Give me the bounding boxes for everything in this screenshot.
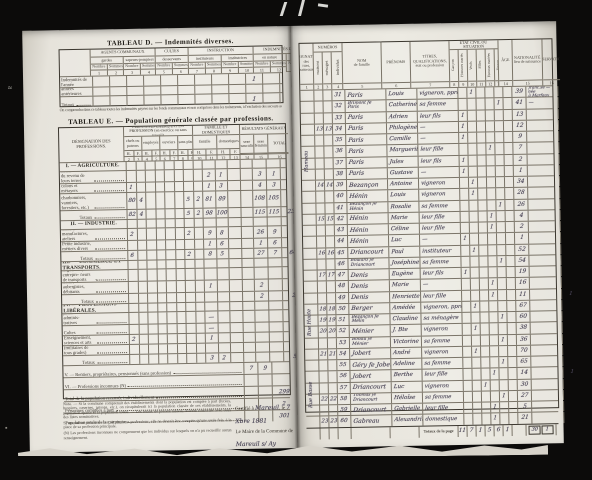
- cell-nationalite: [529, 311, 561, 322]
- dotted-leader: [97, 361, 127, 364]
- handwritten-text: Denis: [351, 282, 369, 289]
- cell-profession: leur fille: [422, 403, 463, 414]
- tableE-cell: [138, 313, 148, 324]
- tableE-cell: [175, 250, 185, 259]
- col-number: 9: [222, 67, 238, 73]
- cell-tick-vv: [506, 289, 515, 299]
- handwritten-value: 1: [209, 283, 213, 289]
- tableE-cell: 1: [202, 181, 215, 190]
- handwritten-text: 60: [519, 314, 527, 320]
- totals-tick-vv: 1: [502, 425, 511, 436]
- tableD-cell: [109, 96, 126, 106]
- tableE-cell: [240, 191, 253, 207]
- tableD-sub-cols: Nombre3Sommes4: [124, 63, 155, 75]
- tableE-sub-label: sexe masculin: [240, 135, 253, 154]
- handwritten-text: 16: [518, 280, 526, 286]
- handwritten-text: 39: [515, 89, 523, 95]
- cell-maison: [315, 203, 324, 213]
- cell-tick-f: [488, 267, 497, 277]
- cell-tick-vv: [505, 211, 514, 221]
- tableE-cell: [192, 161, 202, 169]
- handwritten-text: 7: [518, 145, 522, 151]
- cell-individu: 50: [335, 304, 348, 314]
- handwritten-text: 2: [519, 224, 523, 230]
- tableE-cell: [195, 293, 205, 302]
- handwritten-text: 2: [518, 156, 522, 162]
- totals-tick-fm: 6: [493, 425, 502, 436]
- tableE-col-head: F.5: [151, 150, 160, 160]
- cell-nom: Driancourt: [350, 382, 391, 393]
- tableE-cell: [194, 281, 204, 292]
- cell-maison: [313, 90, 322, 100]
- handwritten-value: 9: [272, 229, 276, 235]
- cell-menage: [323, 135, 332, 145]
- cell-prenom: Antoine: [387, 179, 418, 190]
- cell-tick-hm: [469, 223, 478, 233]
- cell-observation: [558, 120, 576, 131]
- tableD-sub: desservantsNombre5Sommes6: [156, 56, 188, 75]
- cell-nom: Géry fe Jobert: [349, 359, 390, 370]
- cell-nationalite: [528, 255, 560, 266]
- handwritten-text: Driancourt: [352, 383, 386, 391]
- handwritten-value: 1: [271, 171, 275, 177]
- tableE-cell: [244, 387, 258, 398]
- row-label-text: Indemnités de l'année: [61, 77, 88, 88]
- cell-nationalite: franc.se — néeà Marfaux: [525, 86, 557, 97]
- tableE-cell: [268, 301, 282, 309]
- tableE-cell: [176, 324, 186, 333]
- tableD-cell: [160, 95, 177, 105]
- cell-age: 7: [512, 143, 526, 154]
- handwritten-text: 57: [340, 385, 348, 391]
- cell-tick-vf: [480, 324, 489, 334]
- handwritten-text: 4: [519, 213, 523, 219]
- handwritten-value: 26: [257, 229, 265, 235]
- cell-age: 1: [513, 165, 527, 176]
- tableE-row-label: Totaux: [60, 210, 126, 220]
- tableD-group: CULTESdesservantsNombre5Sommes6: [155, 48, 188, 75]
- cell-age: 30: [517, 379, 531, 390]
- handwritten-text: Luc: [391, 237, 402, 243]
- label-text: Totaux: [62, 215, 93, 221]
- tableD-cell: [228, 74, 245, 84]
- cell-tick-vf: [479, 279, 488, 289]
- cell-profession: vigneron, ppre: [420, 302, 461, 313]
- tableE-cell: [155, 192, 165, 208]
- cell-age: 26: [513, 199, 527, 210]
- cell-street: [301, 102, 314, 112]
- cell-tick-fm: 1: [493, 98, 502, 108]
- handwritten-text: Adeline: [393, 361, 415, 367]
- tableE-cell: [230, 343, 243, 352]
- cell-profession: vigneron: [421, 347, 462, 358]
- handwritten-text: Hénin: [350, 226, 369, 233]
- col-nom: NOMde famille5: [341, 42, 381, 89]
- handwritten-text: 30: [520, 381, 528, 387]
- tableE-cell: [202, 160, 215, 168]
- cell-menage: [323, 147, 332, 157]
- tableE-cell: [157, 293, 167, 302]
- tableE-cell: 3: [205, 353, 218, 362]
- handwritten-text: 36: [519, 336, 527, 342]
- tableE-cell: [242, 311, 255, 322]
- cell-nationalite: —: [525, 97, 557, 108]
- cell-age: 19: [515, 267, 529, 278]
- tableE-cell: [183, 161, 193, 169]
- handwritten-text: —: [423, 282, 429, 288]
- tableD-cell: [109, 76, 126, 86]
- cell-nom: Jobert: [349, 370, 390, 381]
- tableE-cell: [165, 219, 175, 227]
- cell-tick-hm: [467, 110, 476, 120]
- tableE-col-head: 14: [240, 154, 253, 159]
- tableE-col-head: H.6: [160, 150, 169, 160]
- col-prenoms-text: PRÉNOMS: [381, 42, 410, 83]
- tableE-sub-bottom: 16: [268, 153, 288, 158]
- handwritten-text: 1: [498, 202, 502, 208]
- tableD-subs: gardesNombre1Sommes2sapeurs-pompiersNomb…: [91, 57, 155, 76]
- head-line: lieu de naissance: [514, 59, 541, 64]
- cell-tick-fm: [498, 346, 507, 356]
- handwritten-value: 89: [218, 196, 226, 202]
- cell-tick-vv: [506, 312, 515, 322]
- handwritten-value: 3: [257, 171, 261, 177]
- tableE-sub: employésH.4F.5: [141, 136, 159, 160]
- col-numeros-group: NUMÉROSmaisons2ménages3individus4: [312, 43, 342, 90]
- tableE-cell: [203, 259, 216, 267]
- tableE-cell: [217, 311, 230, 322]
- tableE-section-label: II. — INDUSTRIE.: [61, 220, 127, 229]
- tableE-cell: [186, 324, 196, 333]
- cell-tick-vv: [506, 301, 515, 311]
- tableE-cell: 115: [266, 207, 280, 216]
- handwritten-text: 1: [462, 157, 466, 163]
- cell-tick-hm: 1: [471, 324, 480, 334]
- tableE-row-label: Professions judiciaires et adminis- trat…: [62, 313, 128, 325]
- cell-individu: 41: [333, 203, 346, 213]
- handwritten-text: Philogène: [389, 125, 417, 132]
- cell-tick-vv: [503, 109, 512, 119]
- tableE-cell: [227, 169, 240, 180]
- tableE-cell: [229, 280, 242, 291]
- handwritten-value: 2: [130, 231, 134, 237]
- handwritten-value: 9: [263, 365, 267, 371]
- col-number: 10: [193, 155, 205, 160]
- handwritten-text: Céline: [391, 226, 410, 232]
- cell-prenom: Céline: [388, 224, 419, 235]
- cell-age: 16: [515, 278, 529, 289]
- tableE-cell: [254, 301, 268, 309]
- handwritten-text: 1: [471, 180, 475, 186]
- cell-nationalite: [526, 142, 558, 153]
- tableD-col-head: Nombre1: [91, 64, 107, 75]
- handwritten-value: 80: [128, 198, 136, 204]
- tableE-cell: [229, 302, 242, 310]
- handwritten-text: Berthe: [393, 372, 413, 378]
- cell-tick-vf: [478, 222, 487, 232]
- tableD-col-head: Sommes4: [140, 63, 155, 74]
- cell-tick-hm: 1: [468, 189, 477, 199]
- tableE-cell: [217, 343, 230, 352]
- cell-tick-g: [462, 347, 471, 357]
- handwritten-value: 2: [259, 282, 263, 288]
- handwritten-text: 21: [319, 351, 326, 357]
- tableE-col-head: 16: [268, 153, 288, 158]
- tableE-cell: [195, 344, 205, 353]
- tableE-sub-bottom: 15: [254, 153, 267, 158]
- handwritten-text: 52: [339, 328, 347, 334]
- cell-maison: 16: [316, 248, 325, 258]
- totals-boxes: 301: [525, 424, 555, 436]
- cell-age: 13: [512, 109, 526, 120]
- tableE-cell: [156, 250, 166, 259]
- handwritten-text: 1: [474, 326, 478, 332]
- tableE-cell: [126, 162, 136, 170]
- cell-tick-hm: [467, 121, 476, 131]
- cell-profession: leur fils: [417, 110, 458, 121]
- tableE-cell: [127, 261, 137, 269]
- cell-tick-g: [462, 324, 471, 334]
- handwritten-text: 31: [335, 92, 343, 98]
- tableE-cell: 4: [136, 210, 146, 219]
- cell-maison: [319, 405, 328, 415]
- tableE-cell: [147, 282, 157, 293]
- handwritten-total: 1: [478, 428, 482, 434]
- tableE-row-label: Marchands en détail, aubergistes, débita…: [62, 282, 128, 294]
- cell-nom: Paris: [345, 123, 386, 134]
- handwritten-value: 1: [209, 335, 213, 341]
- cell-tick-vv: [502, 87, 511, 97]
- handwritten-text: Denis: [351, 294, 369, 301]
- cell-tick-vf: [476, 121, 485, 131]
- handwritten-text: Paris: [348, 136, 364, 143]
- head-line: hameaux: [299, 68, 313, 73]
- tableE-cell: [204, 268, 217, 279]
- cell-prenom: Jules: [387, 156, 418, 167]
- tableE-row-label: Fermiers, colons et métayers: [60, 183, 126, 193]
- label-lines: Fermiers, colons et métayers: [61, 183, 92, 193]
- cell-tick-vf: [477, 177, 486, 187]
- cell-age: 27: [517, 390, 531, 401]
- label-lines: Petite industrie, métiers divers: [62, 241, 93, 251]
- tableE-cell: [174, 192, 184, 208]
- handwritten-text: 1: [491, 281, 495, 287]
- dotted-leader: [94, 189, 125, 192]
- handwritten-total: 6: [496, 427, 500, 433]
- totals-tick-vf: 1: [475, 425, 484, 436]
- tableE-cell: [192, 170, 202, 181]
- cell-tick-vf: [477, 200, 486, 210]
- handwritten-value: 4: [139, 198, 143, 204]
- totals-tick-g: 11: [457, 425, 466, 436]
- label-lines: Professions judiciaires et adminis- trat…: [63, 313, 94, 325]
- cell-nom: Driancourt: [350, 404, 391, 415]
- cell-observation: [560, 221, 578, 232]
- tableE-row-label: Petite industrie, métiers divers: [61, 241, 127, 251]
- tableE-cell: [185, 269, 195, 280]
- tableE-row-label: Totaux: [61, 251, 127, 261]
- tableE-cell: [154, 170, 164, 181]
- cell-tick-f: 1: [490, 413, 499, 423]
- cell-tick-f: 1: [489, 369, 498, 379]
- label-text: Cultes: [64, 330, 95, 336]
- cell-individu: 55: [336, 360, 349, 370]
- head-line: de famille: [354, 63, 370, 68]
- cell-maison: 19: [317, 315, 326, 325]
- cell-individu: 37: [333, 158, 346, 168]
- cell-tick-f: [484, 87, 493, 97]
- tableE-cell: [227, 208, 240, 217]
- cell-tick-f: [487, 234, 496, 244]
- street-name-vertical: Rue Basse: [307, 356, 314, 407]
- tableE-sub: ouvriersH.6F.7: [159, 136, 177, 160]
- col-number: 3: [134, 156, 142, 161]
- handwritten-text: Hénin: [350, 237, 369, 244]
- cell-profession: sa femme: [417, 99, 458, 110]
- cell-observation: [560, 255, 578, 266]
- cell-nationalite: [527, 176, 559, 187]
- cell-tick-hm: [470, 290, 479, 300]
- cell-profession: —: [417, 122, 458, 133]
- cell-observation: 1: [561, 288, 579, 299]
- col-head-text: Sommes: [108, 64, 123, 69]
- handwritten-text: Paris: [348, 125, 364, 132]
- tableE-cell: 3: [252, 168, 266, 179]
- tableE-cell: [173, 182, 183, 191]
- tableE-cell: [154, 182, 164, 191]
- cell-nationalite: [527, 199, 559, 210]
- tableE-cell: [164, 182, 174, 191]
- cell-maison: [317, 282, 326, 292]
- handwritten-text: —: [420, 124, 426, 130]
- tableE-cell: 1: [266, 168, 280, 179]
- cell-tick-vf: [478, 245, 487, 255]
- cell-tick-vf: [480, 335, 489, 345]
- tableE-cell: [195, 303, 205, 311]
- handwritten-text: leur fils: [422, 270, 443, 276]
- handwritten-text: 35: [335, 137, 343, 143]
- handwritten-value: 2: [196, 210, 200, 216]
- cell-tick-g: [460, 223, 469, 233]
- cell-individu: 34: [332, 124, 345, 134]
- cell-tick-hm: 1: [471, 346, 480, 356]
- cell-tick-hm: 1: [470, 301, 479, 311]
- tableD-groups: AGENTS COMMUNAUXgardesNombre1Sommes2sape…: [90, 46, 318, 76]
- cell-tick-vf: 1: [481, 380, 490, 390]
- scanner-tab-mark: [318, 3, 328, 7]
- tableD-cell: [211, 85, 228, 93]
- label-text: Banquiers, négociants, entrepre- neurs d…: [62, 270, 93, 282]
- tableD-col-head: Nombre3: [124, 64, 140, 75]
- handwritten-text: —: [421, 169, 427, 175]
- col-head-text: Sommes: [206, 62, 221, 67]
- label-text: Totaux: [64, 360, 95, 366]
- tableD-group: INSTRUCTIONinstituteursNombre7Sommes8ins…: [188, 47, 253, 74]
- cell-tick-hm: 1: [466, 88, 475, 98]
- handwritten-text: —: [528, 100, 534, 106]
- tableE-sub-label: sexe féminin: [254, 134, 267, 153]
- tableD-cell: [262, 93, 279, 103]
- cell-tick-vf: [477, 189, 486, 199]
- tableE-cell: [196, 354, 206, 363]
- numeros-subs: maisons2ménages3individus4: [314, 52, 343, 90]
- tableE-cell: [127, 241, 137, 250]
- cell-tick-g: [460, 245, 469, 255]
- handwritten-value: 3: [271, 182, 275, 188]
- dotted-leader: [94, 237, 125, 240]
- handwritten-text: 22: [320, 396, 327, 402]
- tableE-cell: [136, 229, 146, 240]
- handwritten-text: 41: [515, 100, 523, 106]
- tableE-cell: 4: [252, 180, 266, 189]
- cell-nationalite: [530, 322, 562, 333]
- label-text: Armée (militaires de tous grades): [64, 345, 95, 355]
- handwritten-text: Paris: [347, 91, 363, 98]
- tableE-cell: [241, 249, 254, 258]
- cell-observation: [561, 300, 579, 311]
- cell-tick-vf: [478, 234, 487, 244]
- cell-individu: 54: [336, 349, 349, 359]
- cell-age: 2: [513, 154, 527, 165]
- tableE-section-label: IV. — PROFESSIONS LIBÉRALES.: [62, 304, 128, 313]
- handwritten-text: André: [393, 350, 411, 356]
- tableE-col-head: H.2: [124, 151, 133, 161]
- handwritten-text: 16: [318, 250, 325, 256]
- cell-tick-vv: [508, 402, 517, 412]
- tableE-cell: [164, 161, 174, 169]
- tableE-cell: [252, 159, 266, 167]
- handwritten-text: 58: [340, 396, 348, 402]
- cell-nationalite: [526, 131, 558, 142]
- col-number: 2: [108, 69, 123, 75]
- tableE-cell: [184, 260, 194, 268]
- cell-age: 60: [515, 312, 529, 323]
- handwritten-text: Denis: [350, 271, 368, 278]
- cell-tick-fm: [497, 301, 506, 311]
- tableE-cell: [185, 281, 195, 292]
- census-nominative-table: DÉSIGNATIONdes rues,hameaux1NUMÉROSmaiso…: [298, 38, 559, 413]
- tableE-cell: 105: [266, 190, 280, 206]
- tableE-col-head: H.4: [142, 151, 151, 161]
- cell-menage: [323, 102, 332, 112]
- handwritten-text: 13: [515, 111, 523, 117]
- cell-nationalite: [527, 165, 559, 176]
- cell-maison: [314, 113, 323, 123]
- label-text: Fermiers, colons et métayers: [61, 183, 92, 193]
- tableE-cell: [253, 217, 267, 225]
- handwritten-text: 1: [499, 258, 503, 264]
- tableE-cell: [185, 293, 195, 302]
- tableE-cell: [176, 303, 186, 311]
- right-page: DÉSIGNATIONdes rues,hameaux1NUMÉROSmaiso…: [290, 21, 564, 448]
- cell-nationalite: [530, 356, 562, 367]
- cell-observation: [562, 333, 580, 344]
- tableE-cell: [229, 311, 242, 322]
- tableE-cell: 2: [254, 279, 268, 290]
- totals-maison: [320, 428, 329, 439]
- tableE-cell: [228, 227, 241, 238]
- tableE-row-label: Enseignement, sciences et arts: [63, 335, 129, 345]
- handwritten-text: 38: [519, 325, 527, 331]
- col-head-text: Sommes: [271, 61, 286, 66]
- tableD-sub: en natureNombre11Sommes12: [254, 54, 286, 73]
- totals-box: 1: [541, 425, 553, 434]
- handwritten-value: 1: [219, 172, 223, 178]
- tableE-cell: [269, 352, 283, 361]
- tableE-sub-bottom: H.8F.9: [178, 150, 192, 160]
- tableE-cell: [176, 344, 186, 353]
- certification-block: Certifié à Mareuil, le 7 Xbre 1881 Le Ma…: [235, 402, 294, 451]
